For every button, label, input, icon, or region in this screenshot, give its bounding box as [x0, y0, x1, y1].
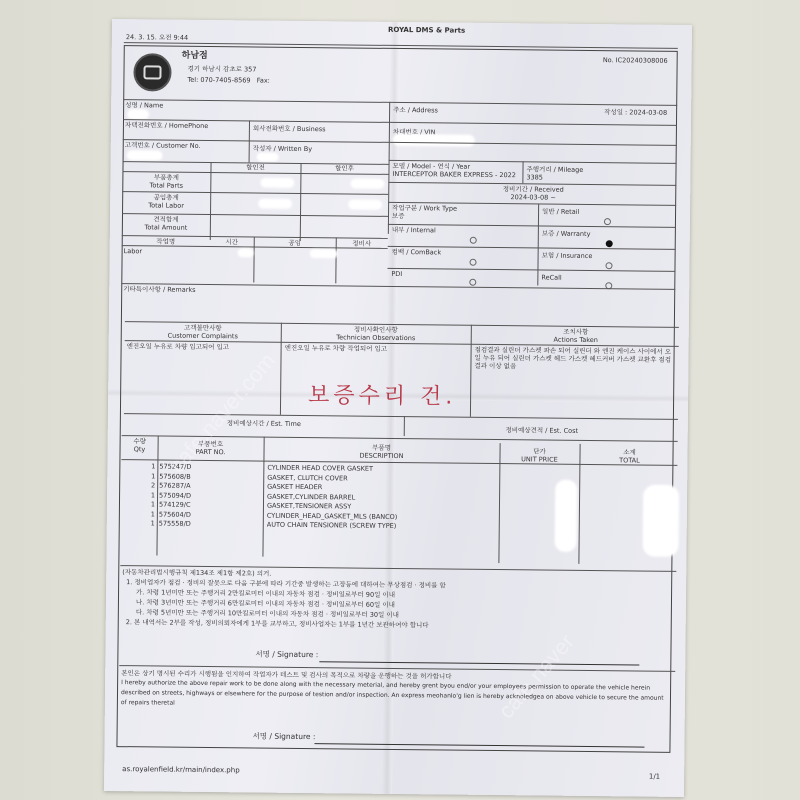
divider: [522, 161, 523, 183]
part-no-cell: 576287/A: [159, 482, 191, 490]
technician-observation-text: 엔진오일 누유로 차량 작업되어 입고: [285, 344, 388, 353]
redacted-written-by: [257, 153, 279, 162]
part-no-cell: 574129/C: [159, 501, 191, 509]
redacted-total: [642, 485, 679, 557]
legal-line: (자동차관리법시행규칙 제134조 제1항 제2호) 의거.: [122, 568, 271, 578]
description-cell: GASKET HEADER: [267, 483, 322, 492]
redacted-amount: [350, 178, 384, 188]
table-row: 1575558/DAUTO CHAIN TENSIONER (SCREW TYP…: [112, 19, 692, 25]
brand-header: ROYAL DMS & Parts: [388, 26, 465, 35]
royal-enfield-logo-icon: [133, 53, 171, 91]
shop-tel: Tel: 070-7405-8569 Fax:: [187, 76, 270, 85]
redacted-time: [238, 248, 254, 257]
after-discount-header: 할인후: [300, 164, 388, 173]
redacted-fee: [310, 249, 338, 258]
option-pdi-label: PDI: [391, 270, 402, 278]
table-row: 1575604/DCYLINDER_HEAD_GASKET_MLS (BANCO…: [112, 19, 692, 25]
footer-url: as.royalenfield.kr/main/index.php: [122, 765, 240, 774]
homephone-label: 자택전화번호 / HomePhone: [125, 121, 208, 130]
signature-label: 서명 / Signature :: [255, 651, 318, 660]
work-type-value: 보증: [392, 212, 405, 220]
table-row: 1575247/DCYLINDER HEAD COVER GASKET: [112, 19, 692, 25]
redacted-name: [127, 109, 149, 119]
model-value: INTERCEPTOR BAKER EXPRESS - 2022: [392, 170, 516, 179]
redacted-amount: [348, 199, 382, 209]
print-datetime: 24. 3. 15. 오전 9:44: [126, 33, 188, 42]
created-date: 작성일 : 2024-03-08: [604, 108, 667, 117]
customer-no-label: 고객번호 / Customer No.: [125, 141, 201, 150]
radio-pdi[interactable]: [469, 279, 476, 286]
shop-fax-label: Fax:: [257, 77, 270, 85]
description-cell: CYLINDER_HEAD_GASKET_MLS (BANCO): [267, 511, 398, 520]
customer-complaints-en: Customer Complaints: [125, 331, 281, 341]
radio-comback[interactable]: [469, 259, 476, 266]
radio-insurance[interactable]: [605, 262, 612, 269]
part-no-cell: 575094/D: [159, 491, 191, 499]
parts-rows: 1575247/DCYLINDER HEAD COVER GASKET15756…: [112, 19, 692, 25]
redacted-amount: [260, 178, 294, 188]
total-parts-en: Total Parts: [122, 181, 210, 190]
part-no-cell: 575604/D: [159, 510, 191, 518]
qty-cell: 1: [121, 519, 155, 527]
redacted-amount: [258, 199, 292, 209]
business-phone-label: 회사전화번호 / Business: [253, 124, 326, 133]
authorization-en-3: of repairs theretal: [121, 699, 175, 708]
option-comback-label: 컴백 / ComBack: [392, 248, 442, 257]
description-cell: AUTO CHAIN TENSIONER (SCREW TYPE): [267, 521, 397, 530]
description-cell: GASKET,CYLINDER BARREL: [267, 492, 355, 501]
table-row: 1575094/DGASKET,CYLINDER BARREL: [112, 19, 692, 25]
qty-header-en: Qty: [122, 445, 158, 453]
qty-cell: 1: [121, 472, 155, 480]
description-cell: CYLINDER HEAD COVER GASKET: [267, 464, 373, 473]
page-number: 1/1: [649, 773, 660, 781]
redacted-vin: [393, 134, 475, 147]
before-discount-header: 할인전: [210, 163, 300, 172]
total-labor-en: Total Labor: [122, 201, 210, 210]
shop-address: 경기 하남시 감초로 357: [187, 65, 256, 74]
repair-order-document: 24. 3. 15. 오전 9:44 ROYAL DMS & Parts 하남점…: [104, 19, 692, 797]
qty-cell: 1: [121, 462, 155, 470]
qty-cell: 1: [121, 491, 155, 499]
customer-complaint-text: 엔진오일 누유로 차량 입고되어 입고: [127, 342, 230, 351]
option-insurance-label: 보험 / Insurance: [542, 251, 593, 260]
option-recall-label: ReCall: [541, 273, 561, 281]
qty-cell: 1: [121, 510, 155, 518]
table-row: 1574129/CGASKET,TENSIONER ASSY: [112, 19, 692, 25]
redacted-customer-no: [127, 150, 163, 160]
remarks-label: 기타특이사항 / Remarks: [123, 285, 195, 294]
table-row: 1575608/BGASKET, CLUTCH COVER: [112, 19, 692, 25]
description-cell: GASKET,TENSIONER ASSY: [267, 502, 351, 511]
document-number: No. IC20240308006: [603, 56, 668, 65]
option-retail-label: 일반 / Retail: [542, 207, 579, 215]
part-no-cell: 575558/D: [159, 520, 191, 528]
shop-name: 하남점: [182, 52, 208, 60]
mileage-value: 3385: [526, 173, 543, 181]
address-label: 주소 / Address: [393, 106, 438, 114]
total-amount-en: Total Amount: [122, 223, 210, 232]
actions-taken-text: 점검결과 실린더 가스켓 파손 되어 실린더 와 엔진 케이스 사이에서 오일 …: [474, 346, 674, 372]
option-warranty-label: 보증 / Warranty: [542, 229, 591, 238]
description-cell: GASKET, CLUTCH COVER: [267, 473, 347, 482]
table-row: 2576287/AGASKET HEADER: [112, 19, 692, 25]
radio-warranty-selected[interactable]: [606, 240, 613, 247]
signature-label-2: 서명 / Signature :: [253, 732, 316, 741]
qty-cell: 1: [121, 500, 155, 508]
shop-tel-value: Tel: 070-7405-8569: [187, 76, 250, 85]
handwritten-note: 보증수리 건.: [308, 378, 457, 411]
radio-retail[interactable]: [604, 218, 611, 225]
qty-cell: 2: [121, 481, 155, 489]
labor-row-label: Labor: [124, 247, 142, 255]
redacted-unit-price: [555, 480, 578, 552]
option-internal-label: 내부 / Internal: [392, 226, 436, 234]
radio-internal[interactable]: [470, 237, 477, 244]
